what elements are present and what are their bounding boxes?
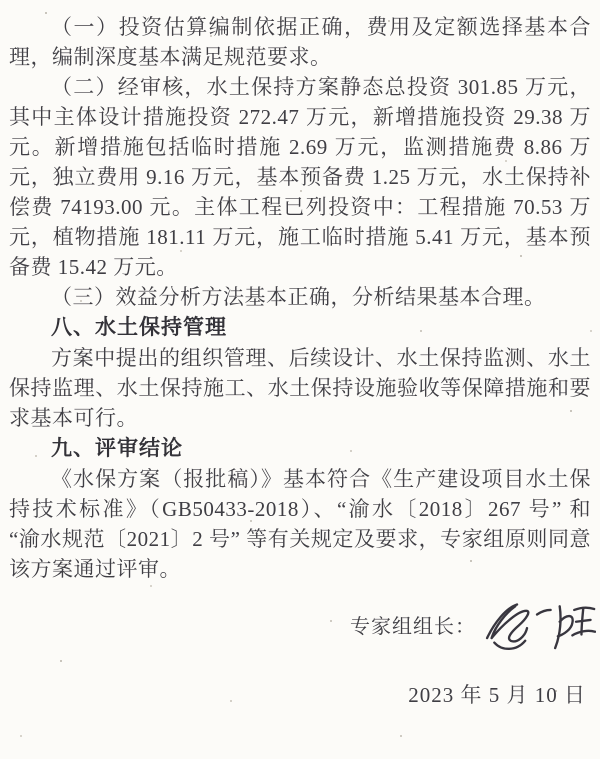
signature-label: 专家组组长： <box>350 612 476 646</box>
document-body: （一）投资估算编制依据正确，费用及定额选择基本合理，编制深度基本满足规范要求。 … <box>9 12 591 584</box>
heading-section-9-conclusion: 九、评审结论 <box>9 433 591 464</box>
date-row: 2023 年 5 月 10 日 <box>408 679 586 709</box>
paragraph-investment-review: （二）经审核，水土保持方案静态总投资 301.85 万元，其中主体设计措施投资 … <box>9 72 591 282</box>
heading-section-8-management: 八、水土保持管理 <box>9 312 591 343</box>
scan-noise <box>0 0 2 2</box>
document-date: 2023 年 5 月 10 日 <box>408 683 586 707</box>
paragraph-benefit-analysis: （三）效益分析方法基本正确，分析结果基本合理。 <box>9 282 591 312</box>
paragraph-investment-basis: （一）投资估算编制依据正确，费用及定额选择基本合理，编制深度基本满足规范要求。 <box>9 12 591 72</box>
signature-row: 专家组组长： <box>350 598 596 660</box>
paragraph-management-measures: 方案中提出的组织管理、后续设计、水土保持监测、水土保持监理、水土保持施工、水土保… <box>9 343 591 433</box>
handwritten-signature-icon <box>478 598 596 660</box>
paragraph-review-conclusion: 《水保方案（报批稿）》基本符合《生产建设项目水土保持技术标准》（GB50433-… <box>9 464 591 584</box>
document-page: （一）投资估算编制依据正确，费用及定额选择基本合理，编制深度基本满足规范要求。 … <box>0 0 600 759</box>
